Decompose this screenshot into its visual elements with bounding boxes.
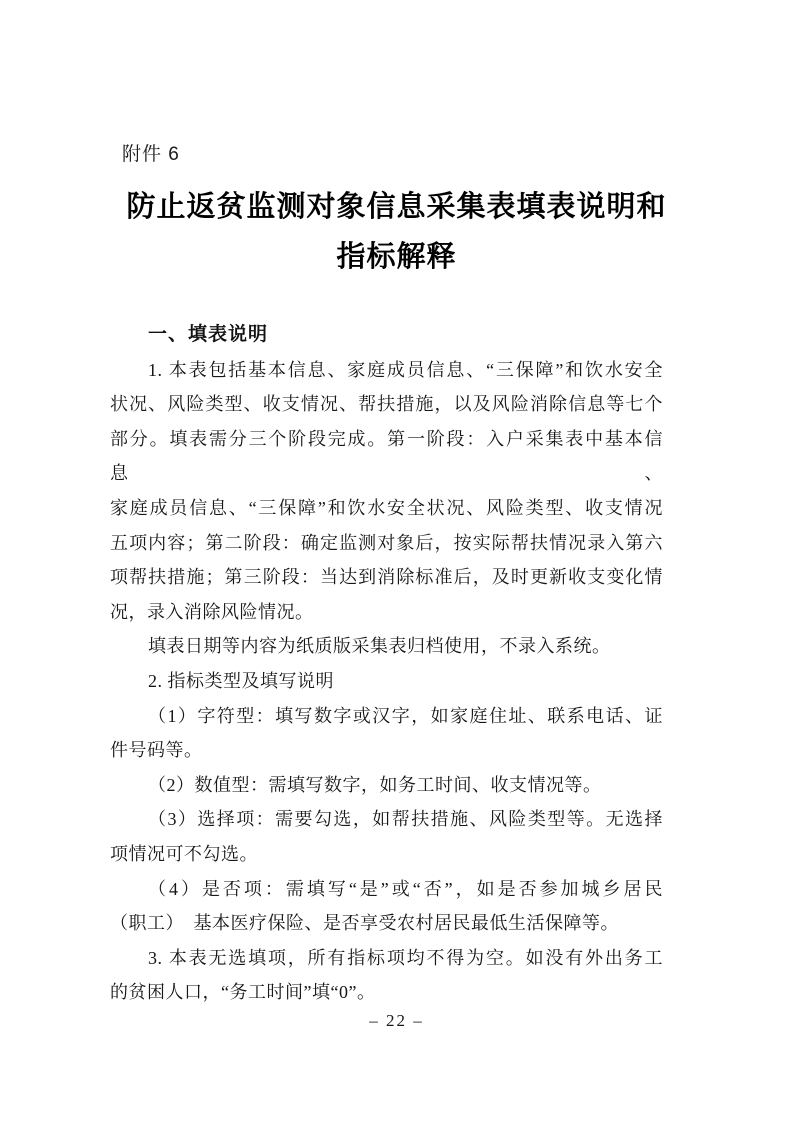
body-line: 2. 指标类型及填写说明: [110, 664, 663, 699]
attachment-label: 附件 6: [122, 145, 180, 165]
page-number: – 22 –: [0, 1012, 793, 1030]
body-line: 五项内容；第二阶段：确定监测对象后，按实际帮扶情况录入第六: [110, 526, 663, 561]
body-line: 状况、风险类型、收支情况、帮扶措施，以及风险消除信息等七个: [110, 387, 663, 422]
body-line: （职工） 基本医疗保险、是否享受农村居民最低生活保障等。: [110, 906, 663, 941]
body-line: 况，录入消除风险情况。: [110, 595, 663, 630]
document-page: 附件 6 防止返贫监测对象信息采集表填表说明和 指标解释 一、填表说明 1. 本…: [0, 0, 793, 1122]
document-body: 一、填表说明 1. 本表包括基本信息、家庭成员信息、“三保障”和饮水安全 状况、…: [110, 318, 663, 1010]
body-line: 的贫困人口，“务工时间”填“0”。: [110, 975, 663, 1010]
body-line: 3. 本表无选填项，所有指标项均不得为空。如没有外出务工: [110, 941, 663, 976]
body-line: （2）数值型：需填写数字，如务工时间、收支情况等。: [110, 768, 663, 803]
body-line: 填表日期等内容为纸质版采集表归档使用，不录入系统。: [110, 629, 663, 664]
body-line: （3）选择项：需要勾选，如帮扶措施、风险类型等。无选择: [110, 802, 663, 837]
body-line: 1. 本表包括基本信息、家庭成员信息、“三保障”和饮水安全: [110, 353, 663, 388]
body-line: 项情况可不勾选。: [110, 837, 663, 872]
document-title: 防止返贫监测对象信息采集表填表说明和 指标解释: [0, 182, 793, 282]
document-title-line1: 防止返贫监测对象信息采集表填表说明和: [0, 182, 793, 232]
body-line: 件号码等。: [110, 733, 663, 768]
body-line: 部分。填表需分三个阶段完成。第一阶段：入户采集表中基本信息、: [110, 422, 663, 491]
body-line: 家庭成员信息、“三保障”和饮水安全状况、风险类型、收支情况: [110, 491, 663, 526]
body-line: 项帮扶措施；第三阶段：当达到消除标准后，及时更新收支变化情: [110, 560, 663, 595]
section-heading: 一、填表说明: [110, 318, 663, 353]
body-line: （4）是否项：需填写“是”或“否”，如是否参加城乡居民: [110, 872, 663, 907]
document-title-line2: 指标解释: [0, 232, 793, 282]
body-line: （1）字符型：填写数字或汉字，如家庭住址、联系电话、证: [110, 699, 663, 734]
